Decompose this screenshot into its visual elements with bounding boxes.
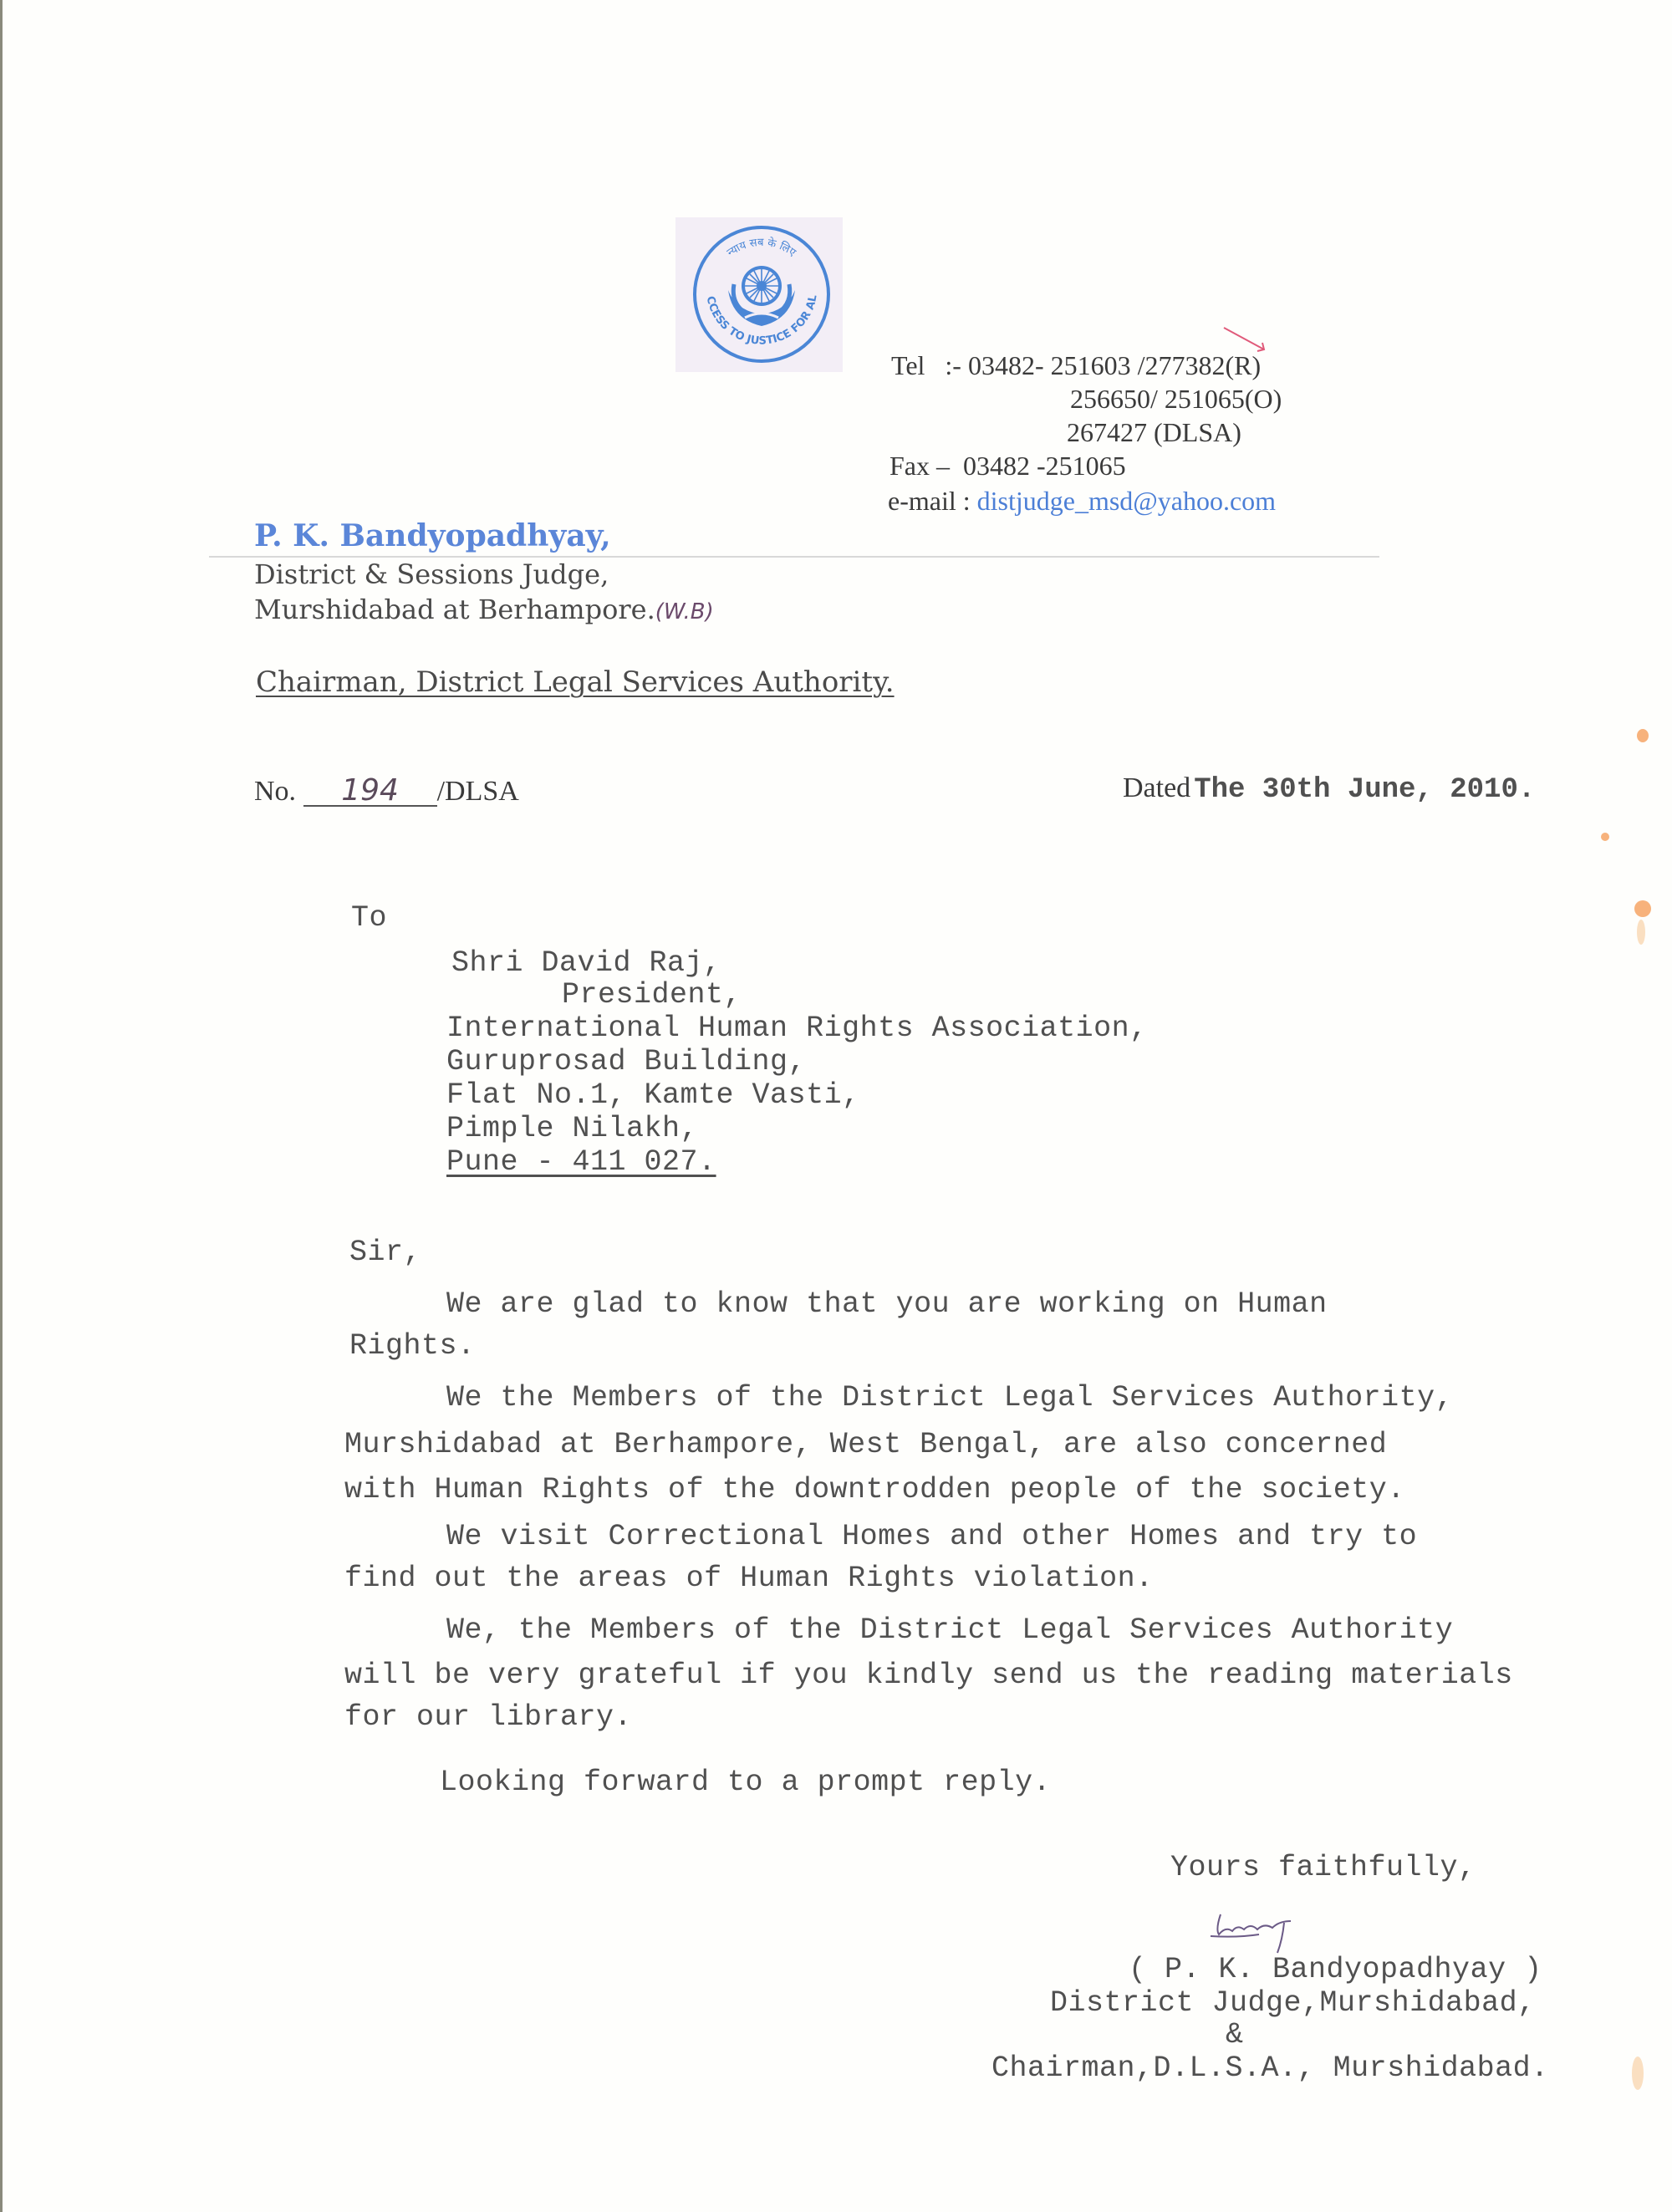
ampersand: &	[1226, 2018, 1244, 2051]
signatory-title-1: District Judge,Murshidabad,	[1050, 1986, 1536, 2020]
scan-edge	[0, 0, 3, 2212]
fax-label: Fax	[890, 451, 930, 481]
email-label: e-mail :	[888, 486, 971, 516]
recipient-line: President,	[562, 978, 742, 1012]
reference-number: No. 194/DLSA	[254, 776, 519, 808]
tel-value-1: :- 03482- 251603 /277382(R)	[945, 350, 1261, 380]
handwritten-wb: (W.B)	[655, 599, 714, 624]
email-line: e-mail : distjudge_msd@yahoo.com	[888, 485, 1276, 517]
stain-mark	[1634, 900, 1651, 917]
valediction: Yours faithfully,	[1170, 1851, 1476, 1884]
chairman-heading: Chairman, District Legal Services Author…	[256, 665, 895, 699]
body-line: for our library.	[344, 1700, 632, 1734]
recipient-line: Shri David Raj,	[451, 946, 721, 980]
recipient-line: Flat No.1, Kamte Vasti,	[446, 1078, 860, 1112]
tel-line-2: 256650/ 251065(O)	[1070, 383, 1282, 415]
legal-services-emblem-icon: ACCESS TO JUSTICE FOR ALL न्याय सब के लि…	[682, 219, 841, 370]
stain-mark	[1637, 729, 1649, 742]
reference-prefix: No.	[254, 776, 296, 807]
to-label: To	[351, 901, 387, 935]
signatory-name: ( P. K. Bandyopadhyay )	[1129, 1953, 1542, 1986]
signatory-title-2: Chairman,D.L.S.A., Murshidabad.	[991, 2051, 1549, 2085]
body-line: Murshidabad at Berhampore, West Bengal, …	[344, 1428, 1387, 1461]
tel-line-1: Tel :- 03482- 251603 /277382(R)	[891, 349, 1261, 382]
recipient-line: Pimple Nilakh,	[446, 1112, 698, 1145]
body-line: We visit Correctional Homes and other Ho…	[446, 1520, 1417, 1553]
sender-location-text: Murshidabad at Berhampore.	[254, 594, 655, 625]
stain-mark	[1632, 2057, 1644, 2090]
red-arrow-mark-icon	[1221, 324, 1271, 358]
signature-mark	[1204, 1906, 1313, 1956]
body-line: We, the Members of the District Legal Se…	[446, 1613, 1453, 1647]
recipient-line: International Human Rights Association,	[446, 1012, 1148, 1045]
salutation: Sir,	[349, 1236, 421, 1269]
sender-location: Murshidabad at Berhampore.(W.B)	[254, 594, 714, 625]
body-line: Rights.	[349, 1329, 476, 1363]
tel-line-3: 267427 (DLSA)	[1067, 416, 1241, 449]
reference-handwritten-number: 194	[303, 777, 437, 807]
letter-page: ACCESS TO JUSTICE FOR ALL न्याय सब के लि…	[0, 0, 1672, 2212]
tel-label: Tel	[891, 350, 925, 380]
date-label: Dated	[1123, 772, 1190, 803]
fold-line	[209, 556, 1379, 558]
recipient-line: Guruprosad Building,	[446, 1045, 806, 1078]
body-line: will be very grateful if you kindly send…	[344, 1659, 1513, 1692]
fax-value: – 03482 -251065	[936, 451, 1126, 481]
body-line: We the Members of the District Legal Ser…	[446, 1381, 1453, 1414]
closing-line: Looking forward to a prompt reply.	[440, 1766, 1051, 1799]
fax-line: Fax – 03482 -251065	[890, 450, 1126, 482]
body-line: find out the areas of Human Rights viola…	[344, 1562, 1154, 1595]
date-line: Dated The 30th June, 2010.	[1123, 772, 1535, 806]
stain-mark	[1601, 833, 1609, 841]
stain-mark	[1637, 920, 1645, 945]
email-link[interactable]: distjudge_msd@yahoo.com	[977, 486, 1276, 516]
svg-text:न्याय सब के लिए: न्याय सब के लिए	[725, 236, 798, 259]
body-line: We are glad to know that you are working…	[446, 1287, 1328, 1321]
recipient-line: Pune - 411 027.	[446, 1145, 716, 1179]
body-line: with Human Rights of the downtrodden peo…	[344, 1473, 1405, 1506]
date-value: The 30th June, 2010.	[1194, 774, 1535, 806]
sender-name: P. K. Bandyopadhyay,	[254, 518, 611, 553]
sender-designation: District & Sessions Judge,	[254, 558, 609, 590]
reference-suffix: /DLSA	[437, 776, 519, 807]
